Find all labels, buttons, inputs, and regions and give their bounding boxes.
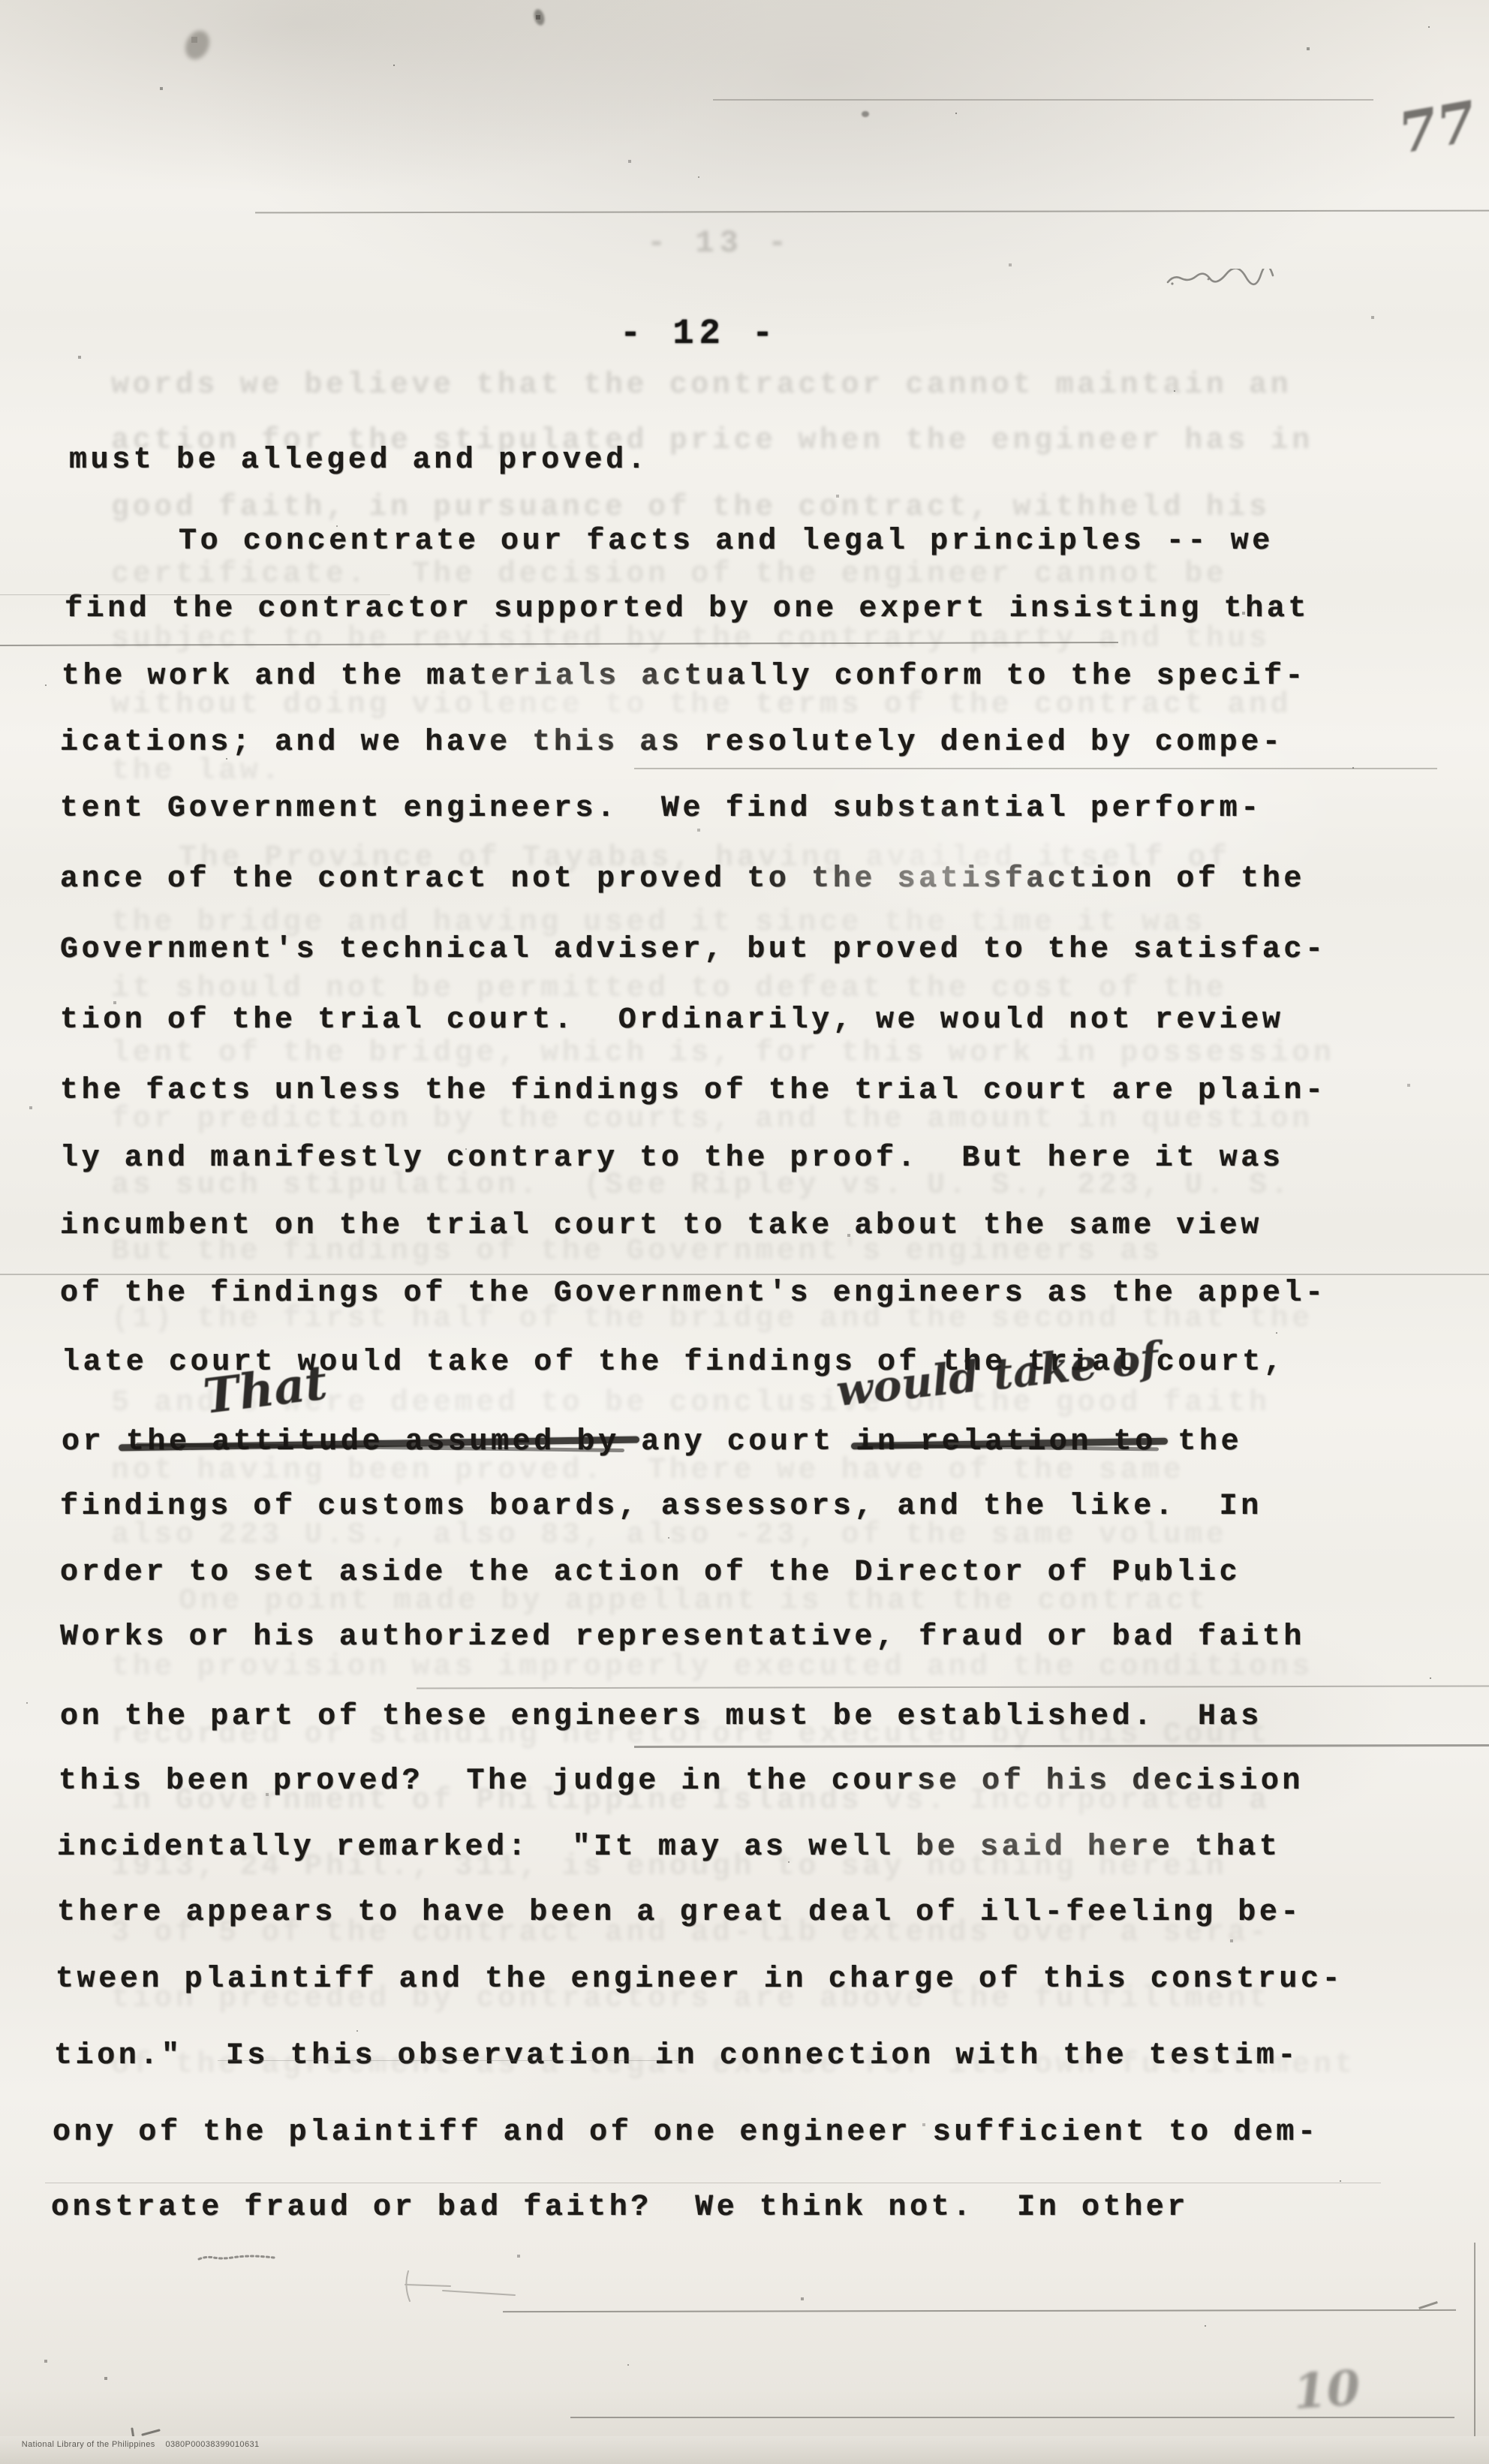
bleed-through-line: words we believe that the contractor can… bbox=[111, 369, 1292, 402]
typed-text: or bbox=[62, 1425, 126, 1459]
bleed-through-line: subject to be revisited by the contrary … bbox=[111, 623, 1271, 656]
typed-line: incidentally remarked: "It may as well b… bbox=[57, 1831, 1280, 1864]
typed-line: ony of the plaintiff and of one engineer… bbox=[53, 2117, 1319, 2150]
struck-text: the attitude assumed by bbox=[126, 1426, 620, 1459]
typed-line: tion of the trial court. Ordinarily, we … bbox=[60, 1004, 1283, 1037]
typed-line: tween plaintiff and the engineer in char… bbox=[56, 1963, 1343, 1996]
typed-line: there appears to have been a great deal … bbox=[57, 1897, 1302, 1930]
typed-line: incumbent on the trial court to take abo… bbox=[60, 1210, 1262, 1243]
scan-artifact-line bbox=[713, 99, 1373, 101]
typed-line: or the attitude assumed by any court in … bbox=[62, 1426, 1242, 1459]
typed-line: To concentrate our facts and legal princ… bbox=[179, 525, 1274, 558]
footer-band: National Library of the Philippines 0380… bbox=[0, 2436, 1489, 2464]
typed-line: must be alleged and proved. bbox=[69, 444, 648, 477]
pencil-scratch bbox=[398, 2265, 525, 2310]
scan-artifact-line bbox=[634, 768, 1437, 769]
bleed-through-line: for prediction by the courts, and the am… bbox=[111, 1103, 1313, 1136]
library-name: National Library of the Philippines bbox=[22, 2440, 155, 2449]
footer-spacer bbox=[155, 2440, 166, 2449]
pencil-squiggle bbox=[1165, 269, 1277, 290]
bleed-through-line: also 223 U.S., also 83, also -23, of the… bbox=[111, 1519, 1227, 1552]
typed-line: ications; and we have this as resolutely… bbox=[60, 727, 1283, 760]
typed-line: findings of customs boards, assessors, a… bbox=[60, 1491, 1262, 1524]
dust-speckles bbox=[0, 0, 2, 2]
typed-line: tion." Is this observation in connection… bbox=[54, 2040, 1299, 2073]
bleed-through-line: One point made by appellant is that the … bbox=[179, 1585, 1209, 1618]
bleed-through-line: the law. bbox=[111, 755, 283, 788]
scan-artifact-line bbox=[45, 2183, 1381, 2183]
typed-line: Works or his authorized representative, … bbox=[60, 1621, 1305, 1654]
scanned-document-page: words we believe that the contractor can… bbox=[0, 0, 1489, 2464]
scan-artifact-line bbox=[1418, 2301, 1438, 2309]
ink-smudge bbox=[532, 8, 546, 27]
typed-line: this been proved? The judge in the cours… bbox=[59, 1765, 1304, 1798]
bleed-through-line: good faith, in pursuance of the contract… bbox=[111, 492, 1271, 525]
bleed-through-line: it should not be permitted to defeat the… bbox=[111, 973, 1227, 1006]
ink-smudge bbox=[181, 27, 214, 64]
scan-artifact-vertical-line bbox=[1474, 2243, 1475, 2464]
bleed-through-line: lent of the bridge, which is, for this w… bbox=[111, 1037, 1334, 1070]
bleed-through-line: without doing violence to the terms of t… bbox=[111, 689, 1292, 722]
typed-line: order to set aside the action of the Dir… bbox=[60, 1557, 1241, 1590]
handwritten-bottom-ghost-number: 10 bbox=[1292, 2360, 1362, 2420]
library-footer-text: National Library of the Philippines 0380… bbox=[6, 2431, 260, 2458]
struck-text: in relation to bbox=[856, 1426, 1156, 1459]
typed-line: Government's technical adviser, but prov… bbox=[60, 934, 1327, 967]
typed-line: ly and manifestly contrary to the proof.… bbox=[60, 1142, 1283, 1175]
scan-artifact-line bbox=[255, 210, 1489, 214]
scan-artifact-line bbox=[503, 2309, 1456, 2312]
typed-line: onstrate fraud or bad faith? We think no… bbox=[51, 2192, 1189, 2225]
library-barcode: 0380P00038399010631 bbox=[165, 2440, 259, 2449]
typed-text: any court bbox=[620, 1425, 856, 1459]
typed-line: the facts unless the findings of the tri… bbox=[60, 1075, 1327, 1108]
typed-line: tent Government engineers. We find subst… bbox=[60, 793, 1262, 826]
typed-line: on the part of these engineers must be e… bbox=[60, 1701, 1262, 1734]
bleed-through-line: not having been proved. There we have of… bbox=[111, 1455, 1184, 1488]
scan-artifact-line bbox=[0, 1274, 1489, 1275]
scan-artifact-line bbox=[417, 1686, 1489, 1689]
typed-line: find the contractor supported by one exp… bbox=[65, 593, 1310, 626]
handwritten-corner-number: 77 bbox=[1394, 89, 1481, 167]
typed-text: the bbox=[1157, 1425, 1242, 1459]
bleed-through-line: the provision was improperly executed an… bbox=[111, 1651, 1313, 1684]
typed-line: ance of the contract not proved to the s… bbox=[60, 863, 1305, 896]
ghost-page-number: - 13 - bbox=[647, 227, 792, 259]
typed-line: of the findings of the Government's engi… bbox=[60, 1277, 1327, 1310]
ink-smudge bbox=[862, 111, 869, 117]
bleed-through-line: certificate. The decision of the enginee… bbox=[111, 558, 1227, 591]
page-number: - 12 - bbox=[620, 317, 778, 352]
pencil-squiggle bbox=[197, 2250, 279, 2265]
typed-line: the work and the materials actually conf… bbox=[62, 660, 1307, 693]
